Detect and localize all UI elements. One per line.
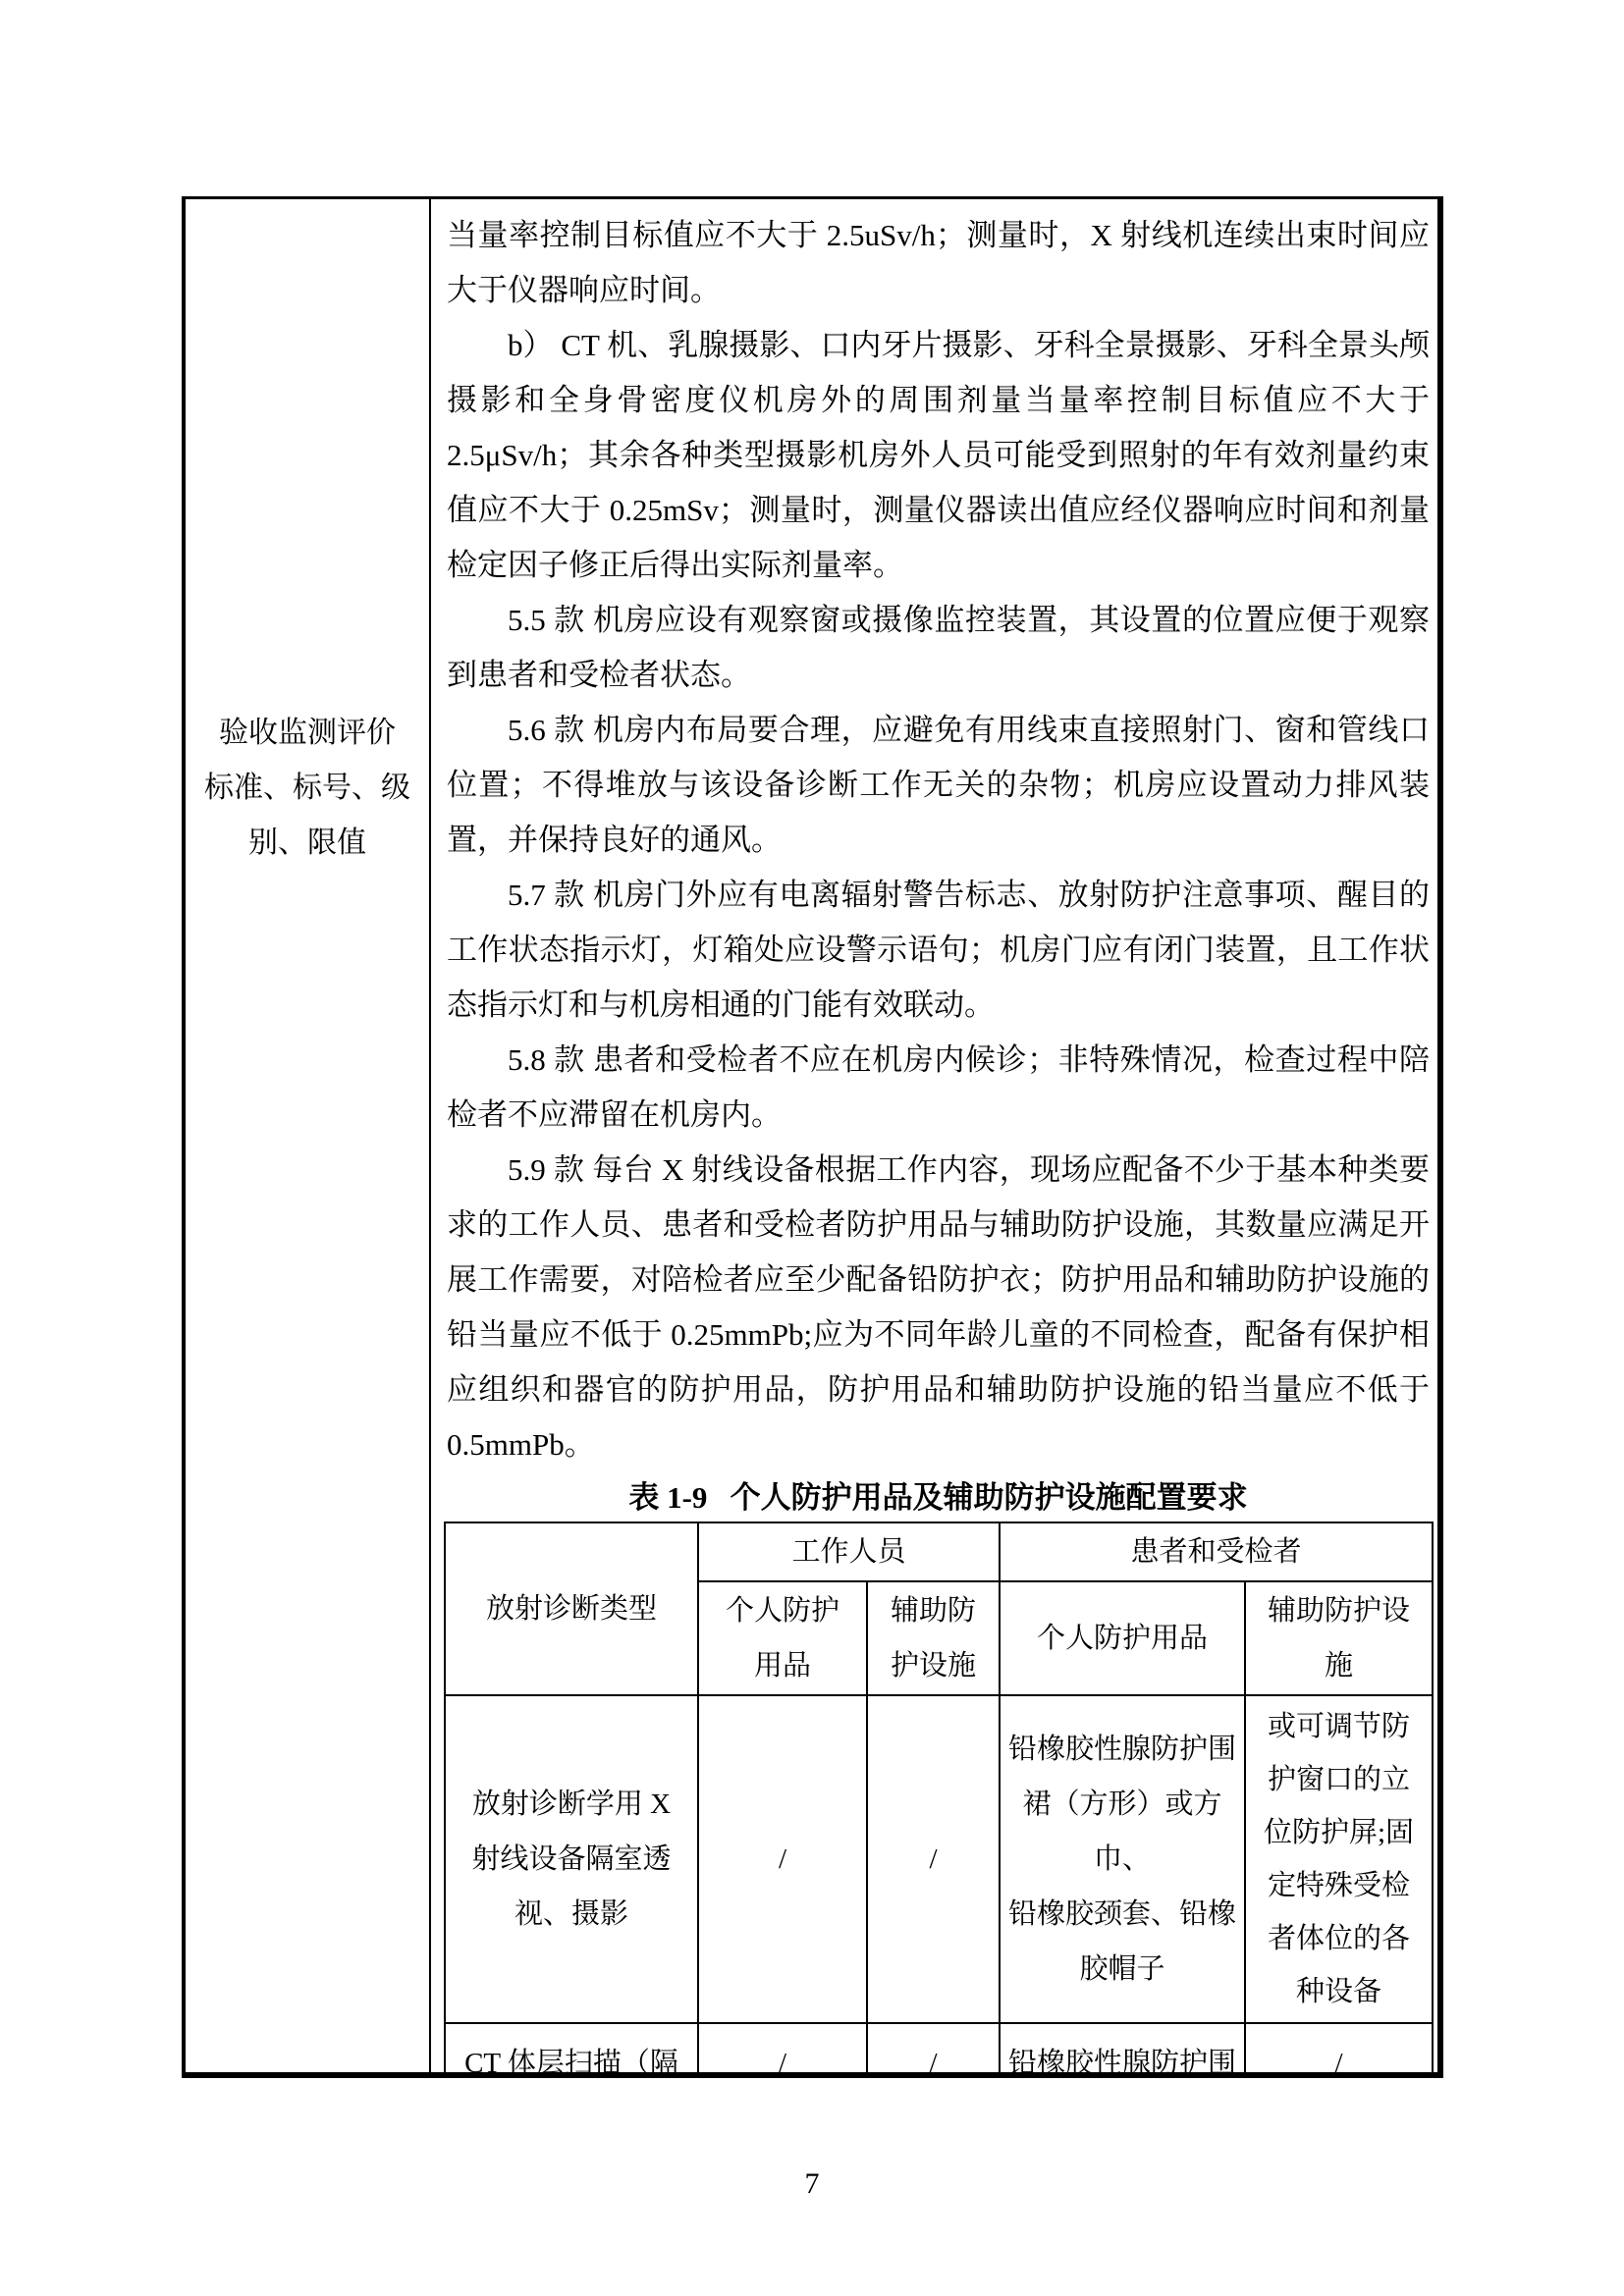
paragraph: 5.6 款 机房内布局要合理，应避免有用线束直接照射门、窗和管线口位置；不得堆放… — [447, 703, 1430, 868]
cell-staff-personal: / — [698, 1695, 867, 2023]
standards-row-label: 验收监测评价 标准、标号、级 别、限值 — [186, 706, 429, 871]
header-patient-personal: 个人防护用品 — [1000, 1581, 1245, 1695]
cell-patient-personal: 铅橡胶性腺防护围 — [1000, 2023, 1245, 2072]
standards-label-cell: 验收监测评价 标准、标号、级 别、限值 — [186, 199, 431, 2072]
table-1-9: 放射诊断类型 工作人员 患者和受检者 个人防护 用品 辅助防 护设施 个人防护用… — [444, 1522, 1434, 2072]
cell-patient-auxiliary: / — [1245, 2023, 1433, 2072]
header-patient-auxiliary: 辅助防护设 施 — [1245, 1581, 1433, 1695]
cell-staff-personal: / — [698, 2023, 867, 2072]
paragraph: 5.9 款 每台 X 射线设备根据工作内容，现场应配备不少于基本种类要求的工作人… — [447, 1143, 1430, 1472]
paragraph: 5.7 款 机房门外应有电离辐射警告标志、放射防护注意事项、醒目的工作状态指示灯… — [447, 868, 1430, 1033]
cell-diagnosis-type: CT 体层扫描（隔 — [445, 2023, 698, 2072]
outer-table: 验收监测评价 标准、标号、级 别、限值 当量率控制目标值应不大于 2.5uSv/… — [182, 196, 1443, 2078]
content-cell: 当量率控制目标值应不大于 2.5uSv/h；测量时，X 射线机连续出束时间应大于… — [431, 199, 1437, 2072]
page-number: 7 — [0, 2167, 1624, 2201]
header-group-staff: 工作人员 — [698, 1522, 1000, 1581]
header-staff-personal: 个人防护 用品 — [698, 1581, 867, 1695]
table-header-row-groups: 放射诊断类型 工作人员 患者和受检者 — [445, 1522, 1433, 1581]
table-row: 放射诊断学用 X 射线设备隔室透 视、摄影 / / 铅橡胶性腺防护围 裙（方形）… — [445, 1695, 1433, 2023]
cell-patient-auxiliary: 或可调节防 护窗口的立 位防护屏;固 定特殊受检 者体位的各 种设备 — [1245, 1695, 1433, 2023]
cell-staff-auxiliary: / — [867, 1695, 1000, 2023]
header-staff-auxiliary: 辅助防 护设施 — [867, 1581, 1000, 1695]
paragraph: b） CT 机、乳腺摄影、口内牙片摄影、牙科全景摄影、牙科全景头颅摄影和全身骨密… — [447, 318, 1430, 593]
cell-diagnosis-type: 放射诊断学用 X 射线设备隔室透 视、摄影 — [445, 1695, 698, 2023]
cell-patient-personal: 铅橡胶性腺防护围 裙（方形）或方巾、 铅橡胶颈套、铅橡 胶帽子 — [1000, 1695, 1245, 2023]
paragraph: 5.5 款 机房应设有观察窗或摄像监控装置，其设置的位置应便于观察到患者和受检者… — [447, 593, 1430, 703]
paragraph: 5.8 款 患者和受检者不应在机房内候诊；非特殊情况，检查过程中陪检者不应滞留在… — [447, 1033, 1430, 1143]
header-group-patient: 患者和受检者 — [1000, 1522, 1433, 1581]
paragraph: 当量率控制目标值应不大于 2.5uSv/h；测量时，X 射线机连续出束时间应大于… — [447, 208, 1430, 318]
header-diagnosis-type: 放射诊断类型 — [445, 1522, 698, 1695]
document-page: 验收监测评价 标准、标号、级 别、限值 当量率控制目标值应不大于 2.5uSv/… — [0, 0, 1624, 2296]
table-row: CT 体层扫描（隔 / / 铅橡胶性腺防护围 / — [445, 2023, 1433, 2072]
table-1-9-title: 表 1-9 个人防护用品及辅助防护设施配置要求 — [447, 1475, 1430, 1521]
paragraph-block: 当量率控制目标值应不大于 2.5uSv/h；测量时，X 射线机连续出束时间应大于… — [447, 208, 1430, 1473]
cell-staff-auxiliary: / — [867, 2023, 1000, 2072]
